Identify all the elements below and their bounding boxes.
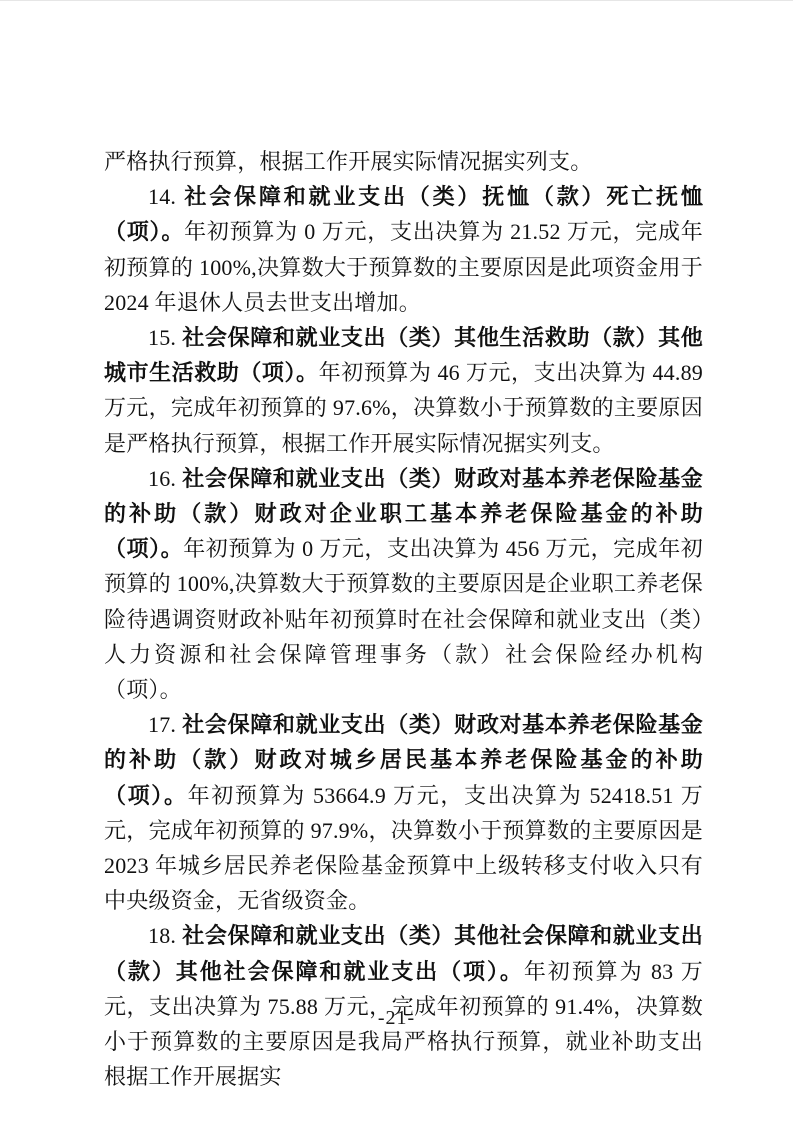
text-run: 年初预算为 0 万元，支出决算为 456 万元，完成年初预算的 100%,决算数… <box>104 536 703 702</box>
paragraph-item-15: 15. 社会保障和就业支出（类）其他生活救助（款）其他城市生活救助（项）。年初预… <box>104 320 703 461</box>
text-run: 14. <box>148 184 184 209</box>
text-run: 年初预算为 0 万元，支出决算为 21.52 万元，完成年初预算的 100%,决… <box>104 219 703 314</box>
text-run: 17. <box>148 712 182 737</box>
document-page: 严格执行预算，根据工作开展实际情况据实列支。14. 社会保障和就业支出（类）抚恤… <box>0 0 793 1123</box>
text-run: 15. <box>148 325 182 350</box>
page-number: -21- <box>0 1007 793 1030</box>
paragraph-item-17: 17. 社会保障和就业支出（类）财政对基本养老保险基金的补助（款）财政对城乡居民… <box>104 707 703 918</box>
text-block: 严格执行预算，根据工作开展实际情况据实列支。14. 社会保障和就业支出（类）抚恤… <box>104 144 703 1094</box>
paragraph-item-14: 14. 社会保障和就业支出（类）抚恤（款）死亡抚恤（项）。年初预算为 0 万元，… <box>104 179 703 320</box>
text-run: 年初预算为 53664.9 万元，支出决算为 52418.51 万元，完成年初预… <box>104 783 703 914</box>
text-run: 严格执行预算，根据工作开展实际情况据实列支。 <box>104 149 592 174</box>
paragraph-continuation-13: 严格执行预算，根据工作开展实际情况据实列支。 <box>104 144 703 179</box>
paragraph-item-16: 16. 社会保障和就业支出（类）财政对基本养老保险基金的补助（款）财政对企业职工… <box>104 461 703 707</box>
text-run: 18. <box>148 923 182 948</box>
text-run: 16. <box>148 466 182 491</box>
